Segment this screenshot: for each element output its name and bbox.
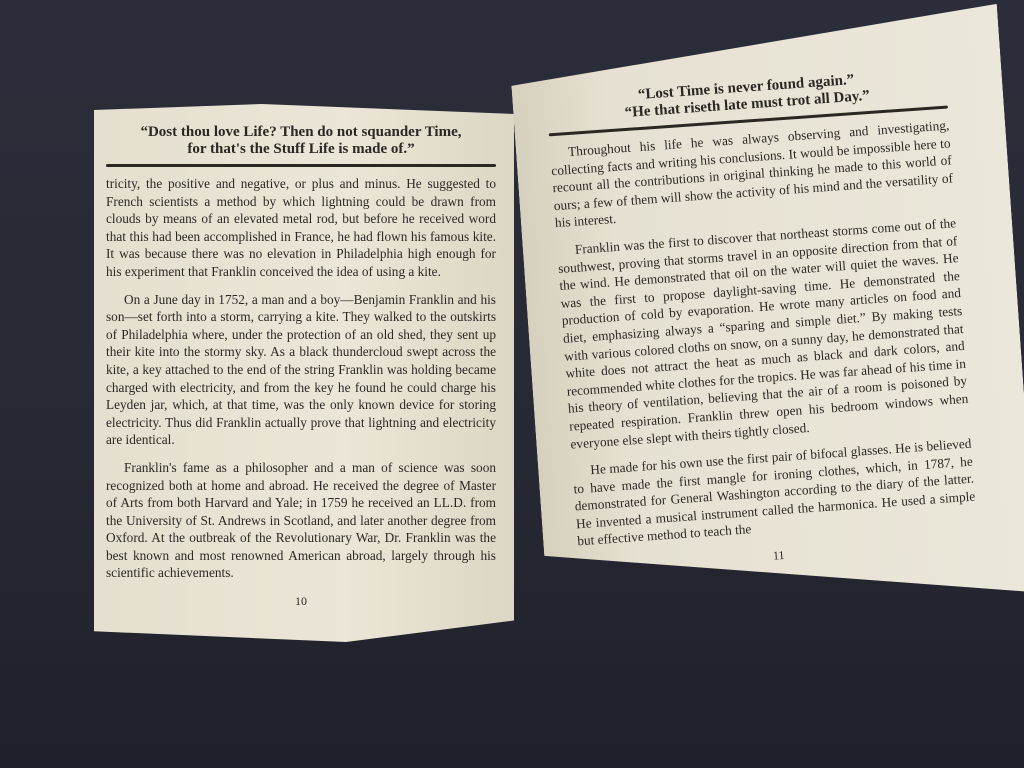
- left-page-body: tricity, the positive and negative, or p…: [106, 175, 496, 582]
- paragraph: tricity, the positive and negative, or p…: [106, 175, 496, 281]
- left-page: “Dost thou love Life? Then do not squand…: [94, 104, 514, 642]
- paragraph: Franklin's fame as a philosopher and a m…: [106, 459, 496, 582]
- paragraph: He made for his own use the first pair o…: [572, 435, 977, 551]
- page-number: 10: [106, 594, 496, 609]
- left-quote-line1: “Dost thou love Life? Then do not squand…: [106, 124, 496, 141]
- paragraph: Franklin was the first to discover that …: [556, 214, 970, 453]
- left-header-quote: “Dost thou love Life? Then do not squand…: [106, 124, 496, 158]
- right-header-quote: “Lost Time is never found again.” “He th…: [546, 66, 947, 128]
- left-header-rule: [106, 164, 496, 167]
- paragraph: Throughout his life he was always observ…: [550, 116, 955, 232]
- paragraph: On a June day in 1752, a man and a boy—B…: [106, 291, 496, 449]
- left-quote-line2: for that's the Stuff Life is made of.”: [106, 141, 496, 158]
- right-page: “Lost Time is never found again.” “He th…: [508, 4, 1024, 627]
